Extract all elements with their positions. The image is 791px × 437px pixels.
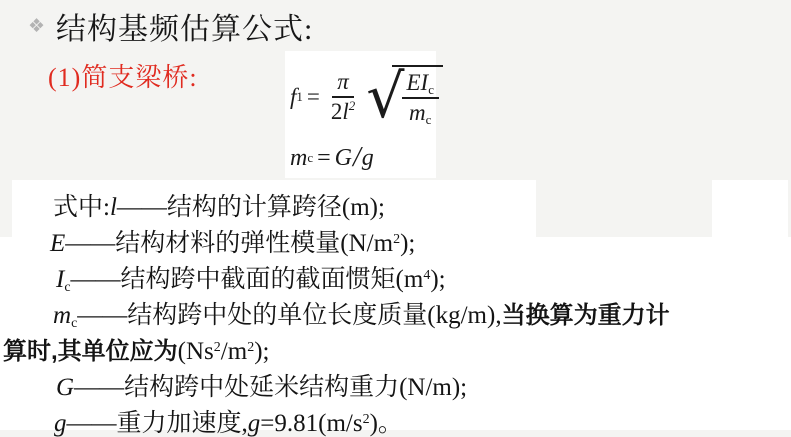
text-segment: ); bbox=[254, 338, 269, 365]
body-line: G——结构跨中处延米结构重力(N/m); bbox=[0, 371, 791, 407]
body-line: E——结构材料的弹性模量(N/m2); bbox=[0, 227, 791, 263]
text-segment: 算时,其单位应为 bbox=[3, 338, 178, 365]
text-segment: 当换算为重力计 bbox=[502, 302, 670, 329]
text-segment: )。 bbox=[370, 410, 403, 437]
text-segment: ——结构跨中处的单位长度质量(kg/m), bbox=[77, 302, 501, 329]
diamond-bullet-icon: ❖ bbox=[28, 17, 45, 36]
fraction-denominator: 2l2 bbox=[326, 98, 360, 125]
text-segment: ——结构材料的弹性模量(N/m bbox=[65, 230, 393, 257]
formula-var-m: m bbox=[290, 145, 307, 172]
fraction-numerator: π bbox=[332, 69, 354, 98]
text-segment: =9.81(m/s bbox=[260, 410, 362, 437]
page-title: 结构基频估算公式: bbox=[56, 4, 313, 48]
text-segment: /m bbox=[221, 338, 247, 365]
text-segment: (Ns bbox=[178, 338, 214, 365]
fraction-pi-2l2: π 2l2 bbox=[326, 69, 360, 125]
division-slash: / bbox=[353, 142, 361, 174]
text-segment: ——结构跨中处延米结构重力(N/m); bbox=[74, 374, 467, 401]
formula-var-G: G bbox=[335, 145, 352, 172]
text-segment: ——重力加速度, bbox=[67, 410, 248, 437]
text-segment: G bbox=[56, 374, 74, 401]
text-segment: 2 bbox=[363, 412, 370, 427]
body-line: g——重力加速度,g=9.81(m/s2)。 bbox=[0, 407, 791, 437]
text-segment: 式中: bbox=[53, 194, 110, 221]
text-segment: E bbox=[50, 230, 65, 257]
text-segment: ——结构的计算跨径(m); bbox=[117, 194, 385, 221]
radicand: EIc mc bbox=[392, 65, 444, 126]
equals-sign: = bbox=[307, 84, 320, 110]
text-segment: g bbox=[248, 410, 261, 437]
body-line: Ic——结构跨中截面的截面惯矩(m4); bbox=[0, 263, 791, 299]
formula-var-g: g bbox=[362, 145, 374, 172]
text-segment: ); bbox=[400, 230, 415, 257]
text-segment: l bbox=[110, 194, 117, 221]
body-line: 算时,其单位应为(Ns2/m2); bbox=[0, 335, 791, 371]
text-segment: ); bbox=[430, 266, 445, 293]
formula-f1: f1 = π 2l2 √ EIc mc bbox=[290, 59, 443, 135]
text-segment: ——结构跨中截面的截面惯矩(m bbox=[71, 266, 424, 293]
slide-title-row: ❖ 结构基频估算公式: bbox=[28, 4, 313, 48]
text-segment: 2 bbox=[393, 232, 400, 247]
text-segment: g bbox=[54, 410, 67, 437]
square-root: √ EIc mc bbox=[366, 59, 443, 135]
body-line: mc——结构跨中处的单位长度质量(kg/m),当换算为重力计 bbox=[0, 299, 791, 335]
text-segment: 2 bbox=[214, 340, 221, 355]
formula-mc: mc = G / g bbox=[290, 142, 374, 174]
radicand-denominator: mc bbox=[404, 99, 436, 126]
body-line: 式中:l——结构的计算跨径(m); bbox=[0, 191, 791, 227]
radicand-numerator: EIc bbox=[402, 70, 440, 99]
text-segment: m bbox=[53, 302, 71, 329]
case-label: (1)简支梁桥: bbox=[48, 57, 198, 94]
equals-sign: = bbox=[317, 145, 331, 172]
